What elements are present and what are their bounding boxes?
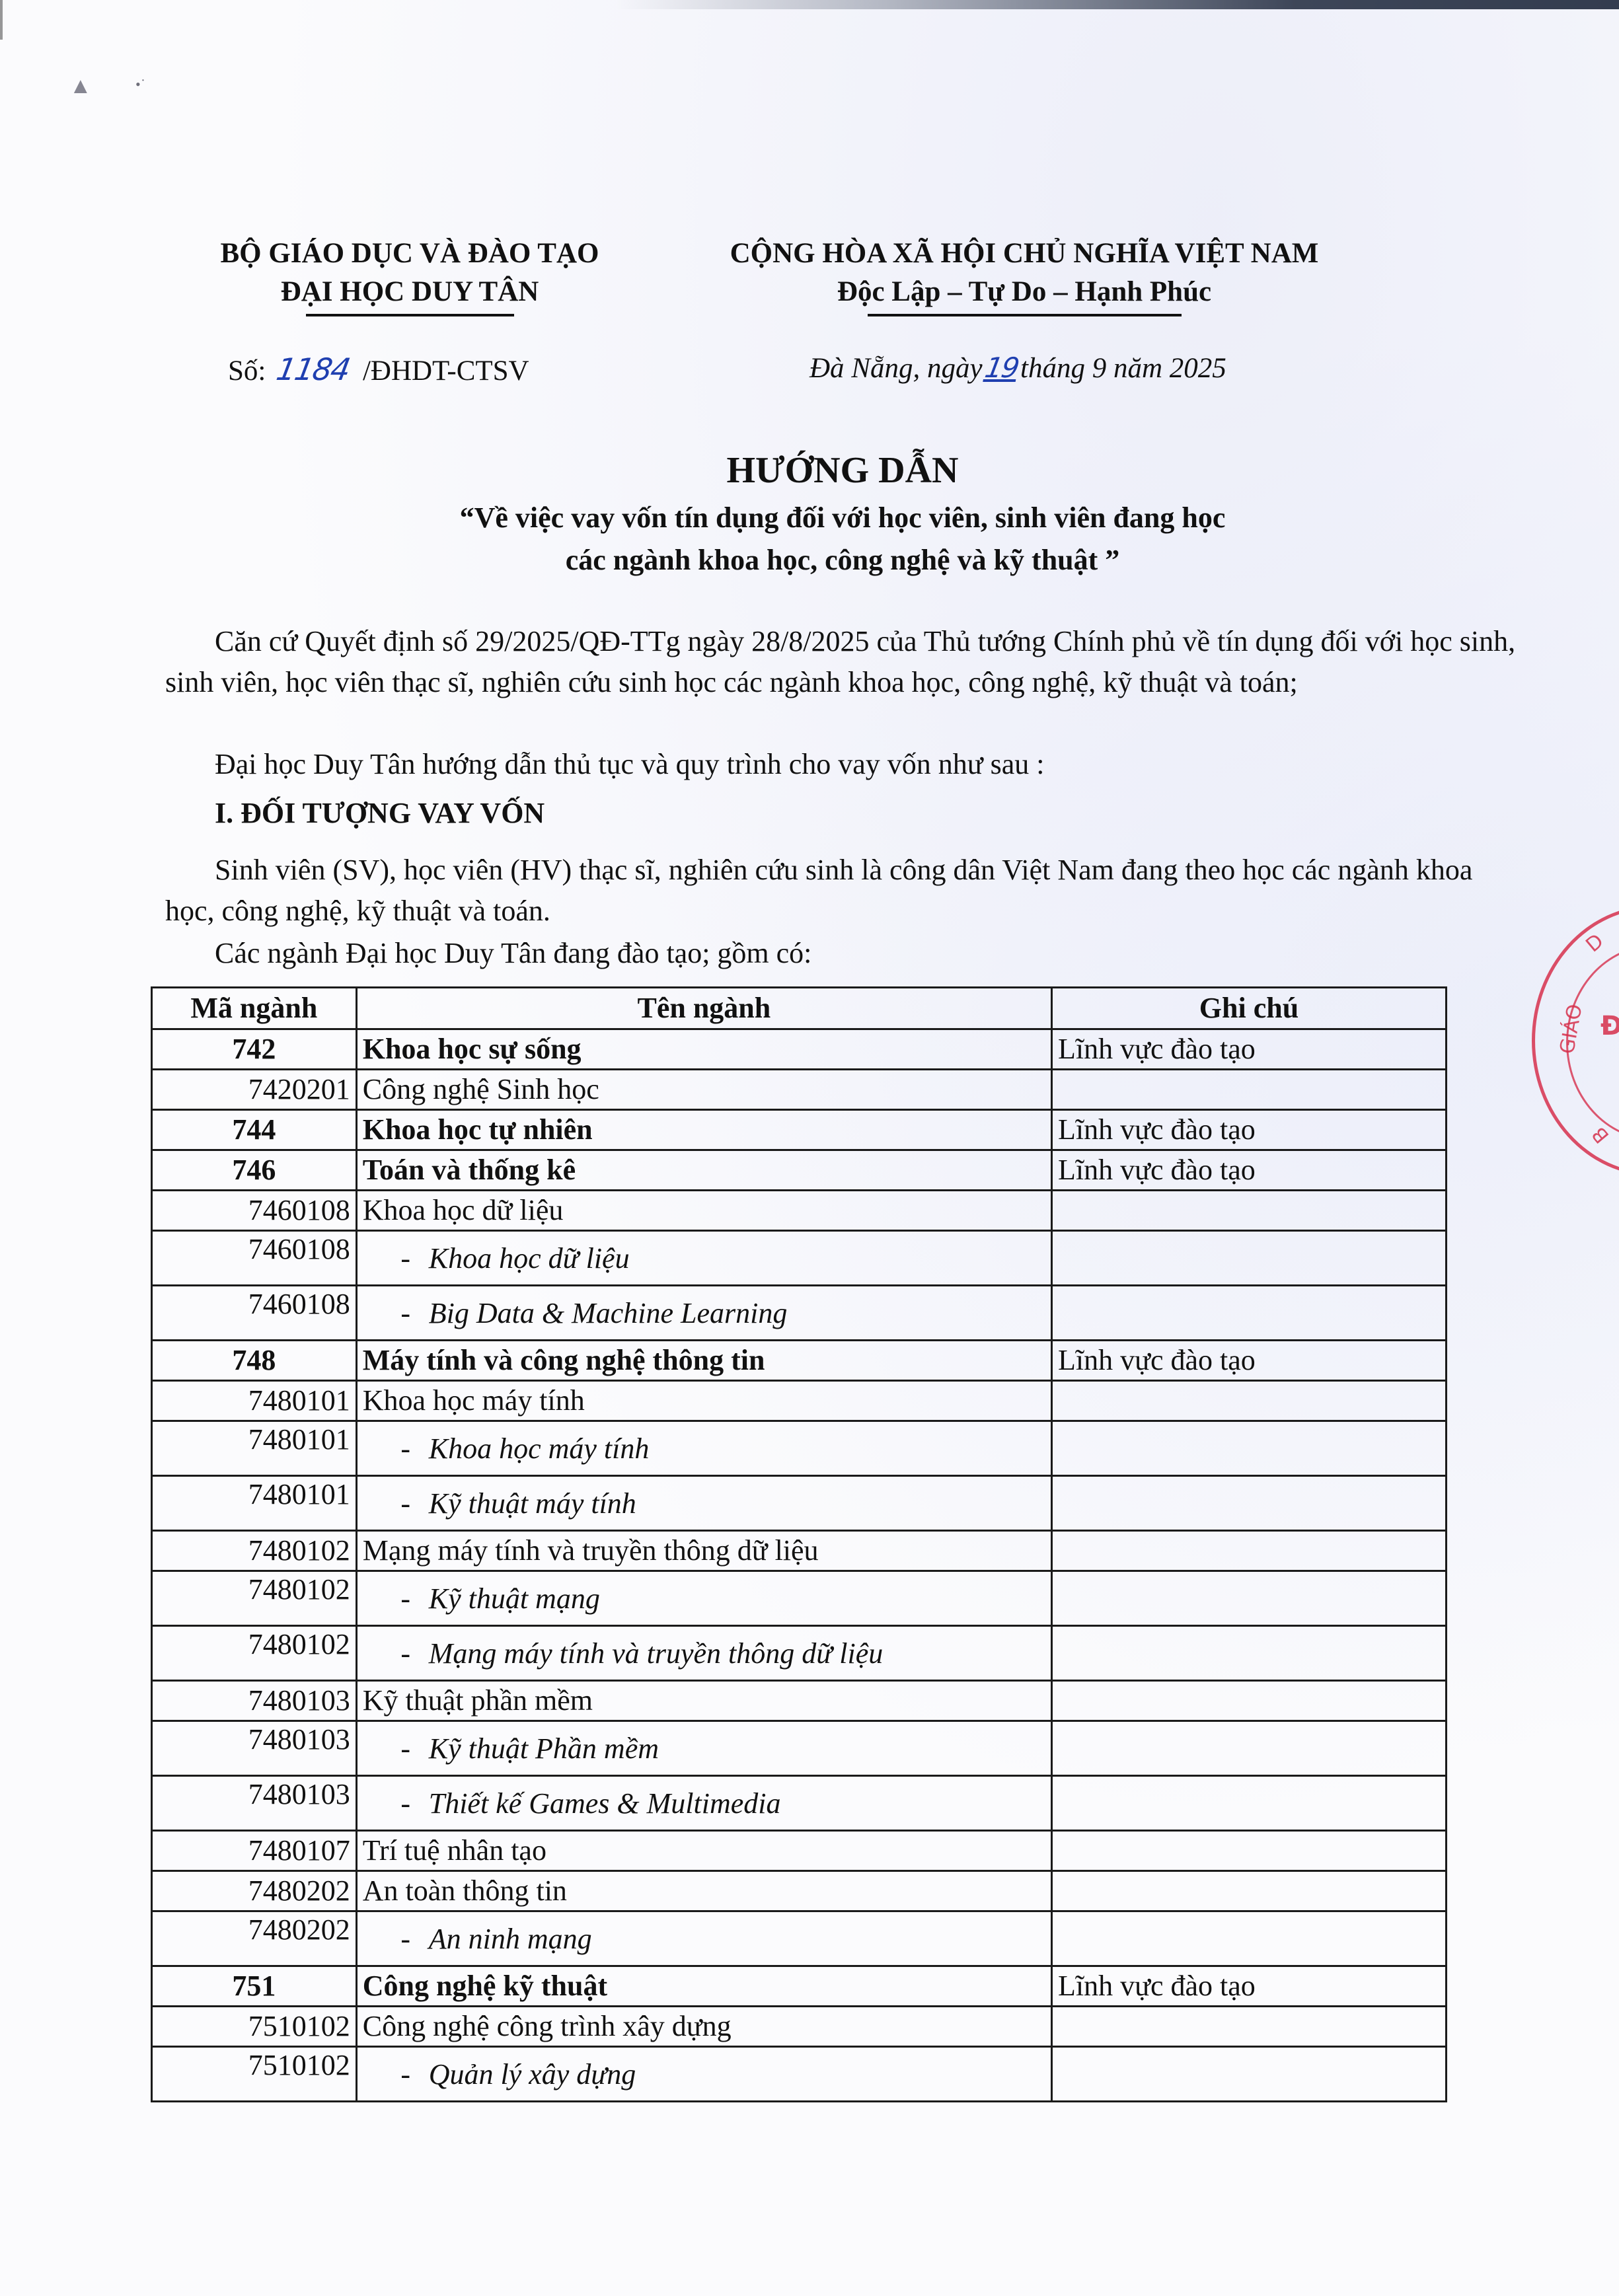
table-row: 751Công nghệ kỹ thuậtLĩnh vực đào tạo: [152, 1966, 1447, 2007]
major-code-cell: 748: [152, 1341, 357, 1381]
major-code-cell: 7510102: [152, 2047, 357, 2102]
major-name-cell: -Kỹ thuật Phần mềm: [356, 1721, 1051, 1776]
header-major-name: Tên ngành: [356, 988, 1051, 1029]
sub-item-bullet: -: [383, 1920, 429, 1958]
table-row: 746Toán và thống kêLĩnh vực đào tạo: [152, 1150, 1447, 1191]
table-row: 7460108-Big Data & Machine Learning: [152, 1286, 1447, 1341]
table-row: 7480202-An ninh mạng: [152, 1911, 1447, 1966]
major-code-cell: 7480103: [152, 1681, 357, 1721]
sub-major-name: Mạng máy tính và truyền thông dữ liệu: [429, 1637, 884, 1670]
major-name-cell: -Quản lý xây dựng: [356, 2047, 1051, 2102]
sub-major-name: Big Data & Machine Learning: [429, 1297, 788, 1329]
sub-item-bullet: -: [383, 1635, 429, 1673]
table-row: 7480103Kỹ thuật phần mềm: [152, 1681, 1447, 1721]
scan-artifact-dots: •˙: [135, 76, 145, 93]
major-code-cell: 7480202: [152, 1871, 357, 1911]
note-cell: [1052, 2047, 1447, 2102]
note-cell: [1052, 1626, 1447, 1681]
major-name-cell: -Khoa học máy tính: [356, 1421, 1051, 1476]
note-cell: [1052, 1531, 1447, 1571]
sub-item-bullet: -: [383, 1785, 429, 1823]
table-row: 744Khoa học tự nhiênLĩnh vực đào tạo: [152, 1110, 1447, 1150]
sub-major-name: An ninh mạng: [429, 1923, 592, 1955]
sub-item-bullet: -: [383, 1485, 429, 1523]
table-row: 7510102Công nghệ công trình xây dựng: [152, 2007, 1447, 2047]
table-row: 7480102-Mạng máy tính và truyền thông dữ…: [152, 1626, 1447, 1681]
national-motto: Độc Lập – Tự Do – Hạnh Phúc: [634, 273, 1414, 311]
major-code-cell: 7510102: [152, 2007, 357, 2047]
doc-number-suffix: /ĐHDT-CTSV: [363, 355, 529, 387]
sub-item-bullet: -: [383, 1240, 429, 1278]
major-name-cell: Kỹ thuật phần mềm: [356, 1681, 1051, 1721]
note-cell: Lĩnh vực đào tạo: [1052, 1341, 1447, 1381]
country-name: CỘNG HÒA XÃ HỘI CHỦ NGHĨA VIỆT NAM: [634, 235, 1414, 273]
major-name-cell: Khoa học tự nhiên: [356, 1110, 1051, 1150]
document-title: HƯỚNG DẪN: [165, 449, 1520, 492]
sub-item-bullet: -: [383, 1580, 429, 1618]
note-cell: [1052, 1911, 1447, 1966]
table-row: 7460108Khoa học dữ liệu: [152, 1191, 1447, 1231]
major-code-cell: 751: [152, 1966, 357, 2007]
table-row: 7480103-Kỹ thuật Phần mềm: [152, 1721, 1447, 1776]
major-name-cell: -Mạng máy tính và truyền thông dữ liệu: [356, 1626, 1051, 1681]
note-cell: [1052, 1721, 1447, 1776]
major-code-cell: 7480101: [152, 1421, 357, 1476]
note-cell: [1052, 1191, 1447, 1231]
intro-paragraph: Đại học Duy Tân hướng dẫn thủ tục và quy…: [165, 744, 1520, 785]
note-cell: [1052, 2007, 1447, 2047]
major-name-cell: Công nghệ Sinh học: [356, 1070, 1051, 1110]
table-row: 748Máy tính và công nghệ thông tinLĩnh v…: [152, 1341, 1447, 1381]
majors-list-intro: Các ngành Đại học Duy Tân đang đào tạo; …: [165, 933, 1520, 974]
table-row: 7510102-Quản lý xây dựng: [152, 2047, 1447, 2102]
scan-artifact-mark: ▲: [69, 74, 92, 99]
major-name-cell: Khoa học dữ liệu: [356, 1191, 1051, 1231]
major-code-cell: 7480103: [152, 1776, 357, 1831]
note-cell: [1052, 1286, 1447, 1341]
table-row: 7480107Trí tuệ nhân tạo: [152, 1831, 1447, 1871]
major-name-cell: Công nghệ kỹ thuật: [356, 1966, 1051, 2007]
note-cell: [1052, 1831, 1447, 1871]
note-cell: [1052, 1421, 1447, 1476]
date-suffix: tháng 9 năm 2025: [1020, 353, 1226, 384]
note-cell: [1052, 1681, 1447, 1721]
table-row: 7480103-Thiết kế Games & Multimedia: [152, 1776, 1447, 1831]
sub-major-name: Kỹ thuật máy tính: [429, 1487, 636, 1520]
table-row: 7480101-Khoa học máy tính: [152, 1421, 1447, 1476]
note-cell: [1052, 1476, 1447, 1531]
major-code-cell: 7460108: [152, 1231, 357, 1286]
table-row: 7460108-Khoa học dữ liệu: [152, 1231, 1447, 1286]
majors-table-body: 742Khoa học sự sốngLĩnh vực đào tạo74202…: [152, 1029, 1447, 2102]
sub-item-bullet: -: [383, 1730, 429, 1768]
major-name-cell: Khoa học sự sống: [356, 1029, 1051, 1070]
major-name-cell: -Kỹ thuật máy tính: [356, 1476, 1051, 1531]
table-row: 7480102Mạng máy tính và truyền thông dữ …: [152, 1531, 1447, 1571]
note-cell: [1052, 1776, 1447, 1831]
sub-major-name: Khoa học dữ liệu: [429, 1242, 630, 1275]
major-code-cell: 7420201: [152, 1070, 357, 1110]
major-code-cell: 7480103: [152, 1721, 357, 1776]
note-cell: [1052, 1571, 1447, 1626]
note-cell: [1052, 1871, 1447, 1911]
note-cell: [1052, 1070, 1447, 1110]
major-name-cell: Khoa học máy tính: [356, 1381, 1051, 1421]
stamp-text-center-1: Đ: [1600, 1011, 1619, 1041]
major-name-cell: An toàn thông tin: [356, 1871, 1051, 1911]
sub-major-name: Thiết kế Games & Multimedia: [429, 1787, 781, 1820]
handwritten-doc-number: 1184: [274, 352, 352, 387]
table-row: 7480101Khoa học máy tính: [152, 1381, 1447, 1421]
eligibility-paragraph: Sinh viên (SV), học viên (HV) thạc sĩ, n…: [165, 850, 1520, 932]
note-cell: [1052, 1381, 1447, 1421]
date-prefix: Đà Nẵng, ngày: [809, 353, 983, 384]
table-header-row: Mã ngành Tên ngành Ghi chú: [152, 988, 1447, 1029]
table-row: 7480202An toàn thông tin: [152, 1871, 1447, 1911]
scan-left-edge: [0, 0, 3, 40]
header-note: Ghi chú: [1052, 988, 1447, 1029]
sub-major-name: Kỹ thuật Phần mềm: [429, 1732, 659, 1765]
major-code-cell: 7480102: [152, 1531, 357, 1571]
major-code-cell: 746: [152, 1150, 357, 1191]
note-cell: Lĩnh vực đào tạo: [1052, 1150, 1447, 1191]
major-name-cell: Mạng máy tính và truyền thông dữ liệu: [356, 1531, 1051, 1571]
subtitle-line-2: các ngành khoa học, công nghệ và kỹ thuậ…: [165, 539, 1520, 581]
major-name-cell: Trí tuệ nhân tạo: [356, 1831, 1051, 1871]
major-name-cell: -Big Data & Machine Learning: [356, 1286, 1051, 1341]
sub-item-bullet: -: [383, 1430, 429, 1468]
header-major-code: Mã ngành: [152, 988, 357, 1029]
subtitle-line-1: “Về việc vay vốn tín dụng đối với học vi…: [165, 497, 1520, 539]
major-name-cell: Toán và thống kê: [356, 1150, 1051, 1191]
major-code-cell: 7480107: [152, 1831, 357, 1871]
sub-major-name: Quản lý xây dựng: [429, 2058, 636, 2091]
note-cell: Lĩnh vực đào tạo: [1052, 1110, 1447, 1150]
table-row: 7480102-Kỹ thuật mạng: [152, 1571, 1447, 1626]
issuer-underline: [306, 314, 514, 316]
major-code-cell: 7480102: [152, 1626, 357, 1681]
majors-table: Mã ngành Tên ngành Ghi chú 742Khoa học s…: [151, 986, 1447, 2102]
table-row: 742Khoa học sự sốngLĩnh vực đào tạo: [152, 1029, 1447, 1070]
legal-basis-paragraph: Căn cứ Quyết định số 29/2025/QĐ-TTg ngày…: [165, 621, 1520, 703]
major-name-cell: Công nghệ công trình xây dựng: [356, 2007, 1051, 2047]
issuer-block: BỘ GIÁO DỤC VÀ ĐÀO TẠO ĐẠI HỌC DUY TÂN: [185, 235, 634, 316]
major-code-cell: 7480202: [152, 1911, 357, 1966]
table-row: 7480101-Kỹ thuật máy tính: [152, 1476, 1447, 1531]
document-subtitle: “Về việc vay vốn tín dụng đối với học vi…: [165, 497, 1520, 581]
document-number: Số: 1184 /ĐHDT-CTSV: [228, 352, 529, 387]
major-code-cell: 7480101: [152, 1381, 357, 1421]
national-title-block: CỘNG HÒA XÃ HỘI CHỦ NGHĨA VIỆT NAM Độc L…: [634, 235, 1414, 316]
sub-major-name: Kỹ thuật mạng: [429, 1582, 600, 1615]
table-row: 7420201Công nghệ Sinh học: [152, 1070, 1447, 1110]
section-heading-1: I. ĐỐI TƯỢNG VAY VỐN: [165, 793, 1520, 834]
scan-top-edge: [0, 0, 1619, 9]
major-name-cell: -Khoa học dữ liệu: [356, 1231, 1051, 1286]
sub-item-bullet: -: [383, 2055, 429, 2094]
sub-item-bullet: -: [383, 1294, 429, 1333]
note-cell: [1052, 1231, 1447, 1286]
major-code-cell: 742: [152, 1029, 357, 1070]
motto-underline: [868, 314, 1182, 316]
note-cell: Lĩnh vực đào tạo: [1052, 1029, 1447, 1070]
major-name-cell: -An ninh mạng: [356, 1911, 1051, 1966]
major-name-cell: -Thiết kế Games & Multimedia: [356, 1776, 1051, 1831]
note-cell: Lĩnh vực đào tạo: [1052, 1966, 1447, 2007]
major-code-cell: 744: [152, 1110, 357, 1150]
issue-date: Đà Nẵng, ngày19tháng 9 năm 2025: [809, 352, 1226, 385]
major-name-cell: Máy tính và công nghệ thông tin: [356, 1341, 1051, 1381]
major-code-cell: 7480102: [152, 1571, 357, 1626]
major-code-cell: 7460108: [152, 1191, 357, 1231]
major-code-cell: 7480101: [152, 1476, 357, 1531]
major-code-cell: 7460108: [152, 1286, 357, 1341]
university-name: ĐẠI HỌC DUY TÂN: [185, 273, 634, 311]
major-name-cell: -Kỹ thuật mạng: [356, 1571, 1051, 1626]
handwritten-day: 19: [982, 352, 1020, 384]
sub-major-name: Khoa học máy tính: [429, 1432, 650, 1465]
ministry-name: BỘ GIÁO DỤC VÀ ĐÀO TẠO: [185, 235, 634, 273]
doc-number-prefix: Số:: [228, 355, 266, 387]
